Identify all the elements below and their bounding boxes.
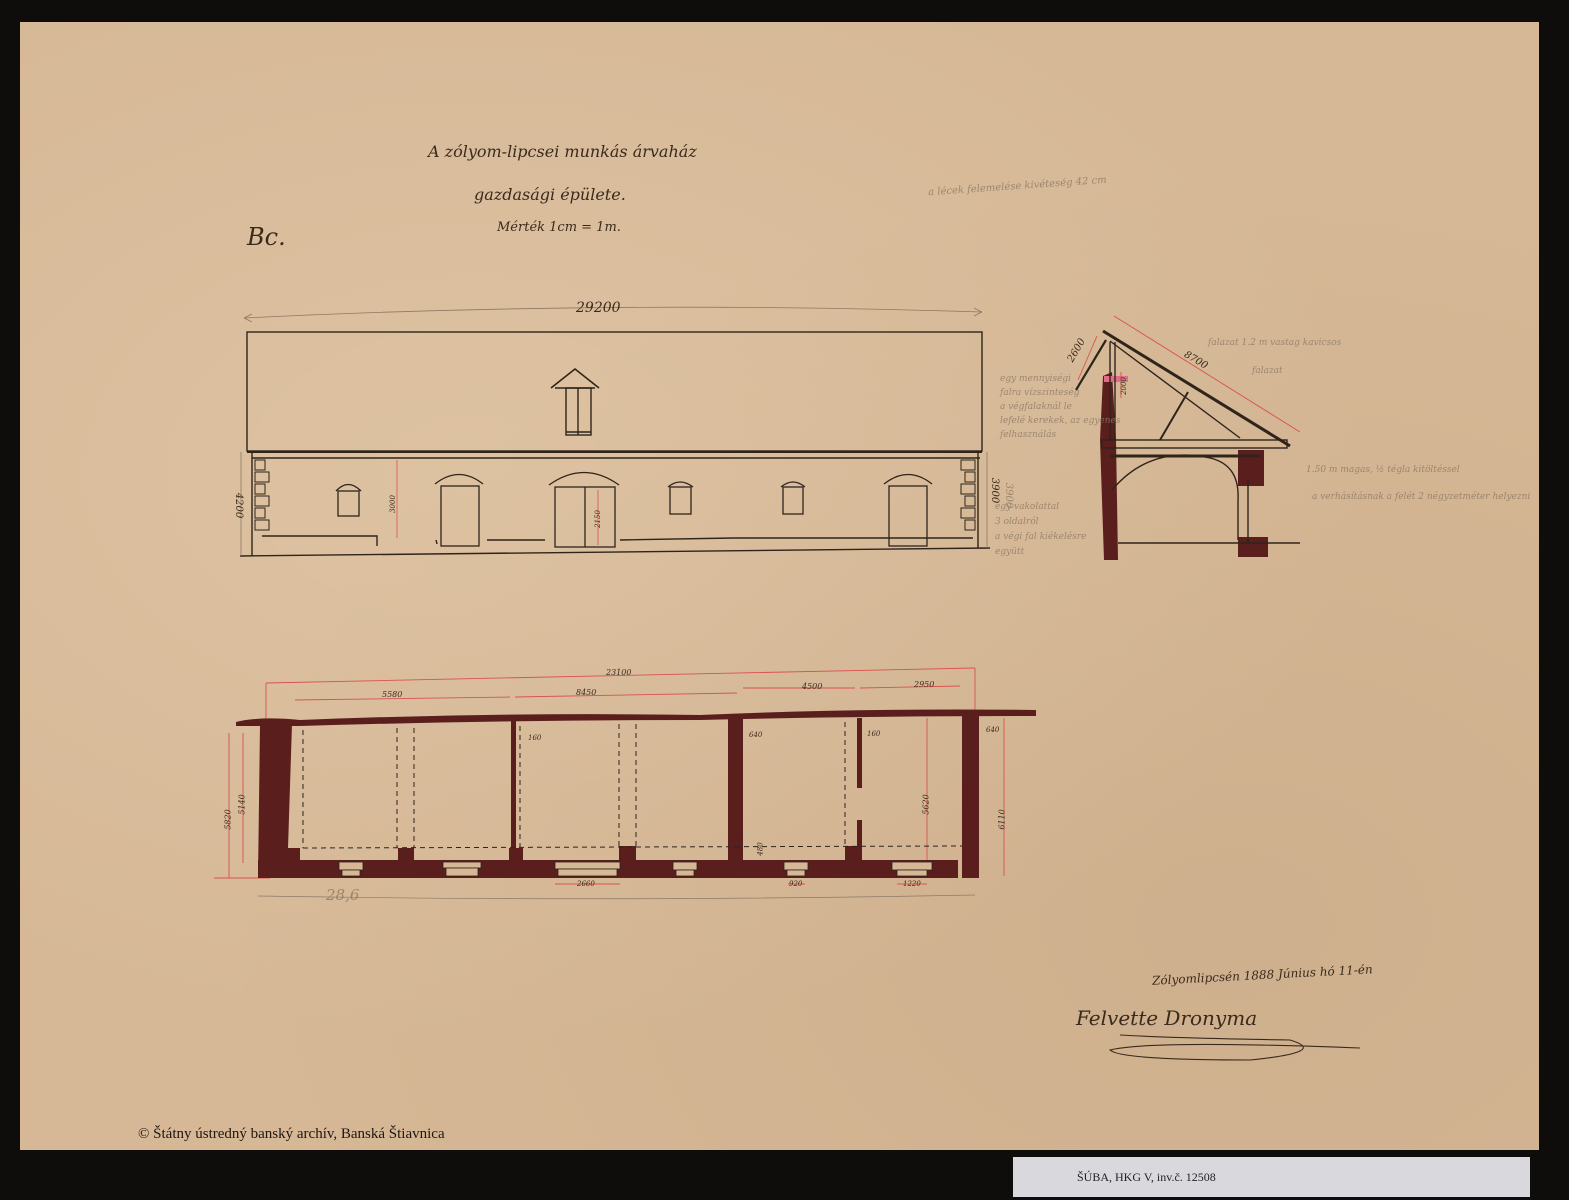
pencil-note: lefelé kerekek, az egyenes	[1000, 414, 1121, 428]
plan-bay-2: 8450	[576, 688, 596, 697]
section-pencil-right-2: falazat	[1252, 366, 1283, 376]
plan-overall-top: 23100	[606, 668, 631, 677]
elevation-inner-height: 3000	[389, 495, 397, 513]
pencil-note: egy vakolattal	[995, 500, 1086, 515]
pencil-note: falra vízszinteség	[1000, 386, 1121, 400]
title-line-1: A zólyom-lipcsei munkás árvaház	[428, 142, 697, 161]
archive-copyright: © Štátny ústredný banský archív, Banská …	[138, 1126, 445, 1143]
side-note-line-1: 1.50 m magas, ½ tégla kitöltéssel	[1306, 465, 1460, 475]
plan-depth-inner: 5140	[238, 794, 247, 814]
archive-reference: ŠÚBA, HKG V, inv.č. 12508	[1077, 1170, 1216, 1185]
section-pencil-right: falazat 1.2 m vastag kavicsos	[1208, 338, 1341, 348]
plan-bay-3: 4500	[802, 682, 822, 691]
floor-plan	[214, 668, 1036, 899]
plan-plinth-height: 480	[757, 842, 765, 855]
archive-reference-panel: ŠÚBA, HKG V, inv.č. 12508	[1013, 1157, 1530, 1197]
sheet-mark: Bc.	[247, 223, 286, 251]
signature-flourish	[1110, 1035, 1360, 1060]
pencil-note: 3 oldalról	[995, 515, 1086, 530]
pencil-note: egy mennyiségi	[1000, 372, 1121, 386]
signature-name: Felvette Dronyma	[1076, 1006, 1257, 1030]
plan-pencil-total: 28,6	[326, 886, 359, 904]
elevation-door-height: 2150	[594, 510, 602, 528]
pencil-note: a végi fal kiékelésre	[995, 530, 1086, 545]
plan-wall-thin-2: 160	[867, 730, 880, 738]
plan-door-width-1: 2660	[577, 880, 595, 888]
plan-bay-4: 2950	[914, 680, 934, 689]
plan-door-width-3: 1220	[903, 880, 921, 888]
title-line-2: gazdasági épülete.	[474, 185, 626, 204]
plan-wall-thin-1: 160	[528, 734, 541, 742]
architectural-drawing	[0, 0, 1569, 1200]
plan-wall-thick: 640	[749, 731, 762, 739]
elevation-overall-width: 29200	[576, 300, 621, 316]
front-elevation	[240, 307, 990, 556]
pencil-note: együtt	[995, 545, 1086, 560]
plan-depth-outer: 5820	[224, 809, 233, 829]
pencil-note: a végfalaknál le	[1000, 400, 1121, 414]
side-note-line-2: a verhásításnak a felét 2 négyzetméter h…	[1312, 492, 1530, 502]
plan-depth-right-outer: 6110	[998, 809, 1007, 829]
plan-door-width-2: 920	[789, 880, 802, 888]
section-pencil-notes-lower: egy vakolattal 3 oldalról a végi fal kié…	[995, 500, 1086, 560]
section-dim-2000: 2000	[1120, 377, 1128, 395]
scale-note: Mérték 1cm = 1m.	[497, 220, 621, 235]
plan-wall-end: 640	[986, 726, 999, 734]
section-pencil-notes: egy mennyiségi falra vízszinteség a végf…	[1000, 372, 1121, 442]
plan-depth-right-inner: 5620	[922, 794, 931, 814]
pencil-note: felhasználás	[1000, 428, 1121, 442]
elevation-left-height: 4200	[233, 493, 244, 518]
plan-bay-1: 5580	[382, 690, 402, 699]
